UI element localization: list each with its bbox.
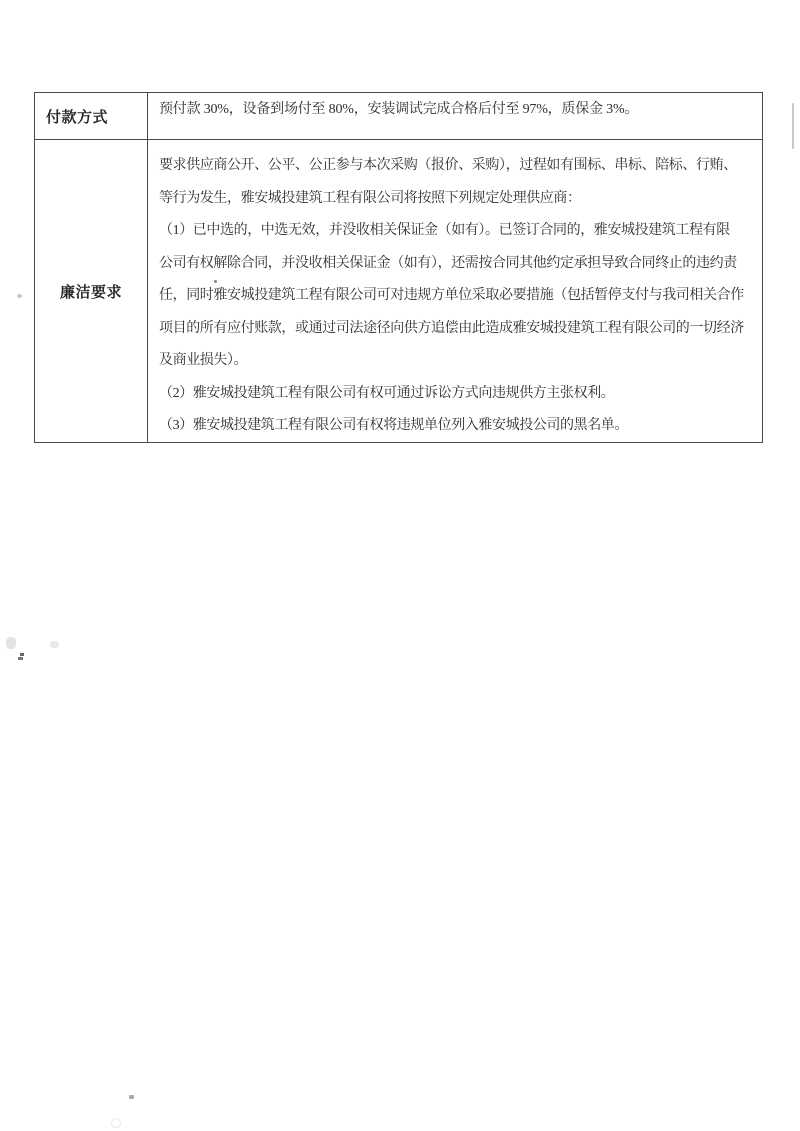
scan-artifact-smudge (50, 641, 59, 648)
scan-artifact-smudge (6, 637, 16, 649)
content-line: 公司有权解除合同，并没收相关保证金（如有），还需按合同其他约定承担导致合同终止的… (159, 248, 760, 281)
content-line: 等行为发生，雅安城投建筑工程有限公司将按照下列规定处理供应商： (159, 183, 760, 216)
integrity-requirements-row: 廉洁要求 要求供应商公开、公平、公正参与本次采购（报价、采购），过程如有围标、串… (35, 140, 762, 442)
payment-method-label: 付款方式 (35, 93, 148, 139)
scan-artifact-ring (111, 1118, 121, 1128)
scan-artifact-edge-line (792, 103, 794, 149)
content-line: （1）已中选的，中选无效，并没收相关保证金（如有）。已签订合同的，雅安城投建筑工… (159, 215, 760, 248)
scan-artifact-speck (17, 294, 22, 298)
terms-table: 付款方式 预付款 30%，设备到场付至 80%，安装调试完成合格后付至 97%，… (34, 92, 763, 443)
scan-artifact-speck (129, 1095, 134, 1099)
scan-artifact-speck (18, 657, 23, 660)
content-line: 要求供应商公开、公平、公正参与本次采购（报价、采购），过程如有围标、串标、陪标、… (159, 150, 760, 183)
content-line: 及商业损失）。 (159, 345, 760, 378)
content-line: （3）雅安城投建筑工程有限公司有权将违规单位列入雅安城投公司的黑名单。 (159, 410, 760, 442)
payment-method-cell: 预付款 30%，设备到场付至 80%，安装调试完成合格后付至 97%，质保金 3… (148, 93, 762, 139)
content-line: （2）雅安城投建筑工程有限公司有权可通过诉讼方式向违规供方主张权利。 (159, 378, 760, 411)
integrity-requirements-cell: 要求供应商公开、公平、公正参与本次采购（报价、采购），过程如有围标、串标、陪标、… (148, 140, 762, 442)
scanned-document-page: 付款方式 预付款 30%，设备到场付至 80%，安装调试完成合格后付至 97%，… (0, 0, 800, 1131)
scan-artifact-speck (20, 653, 24, 656)
content-line: 项目的所有应付账款，或通过司法途径向供方追偿由此造成雅安城投建筑工程有限公司的一… (159, 313, 760, 346)
integrity-requirements-label: 廉洁要求 (35, 140, 148, 442)
payment-method-terms: 预付款 30%，设备到场付至 80%，安装调试完成合格后付至 97%，质保金 3… (159, 100, 762, 120)
payment-method-row: 付款方式 预付款 30%，设备到场付至 80%，安装调试完成合格后付至 97%，… (35, 93, 762, 140)
content-line: 任，同时雅安城投建筑工程有限公司可对违规方单位采取必要措施（包括暂停支付与我司相… (159, 280, 760, 313)
